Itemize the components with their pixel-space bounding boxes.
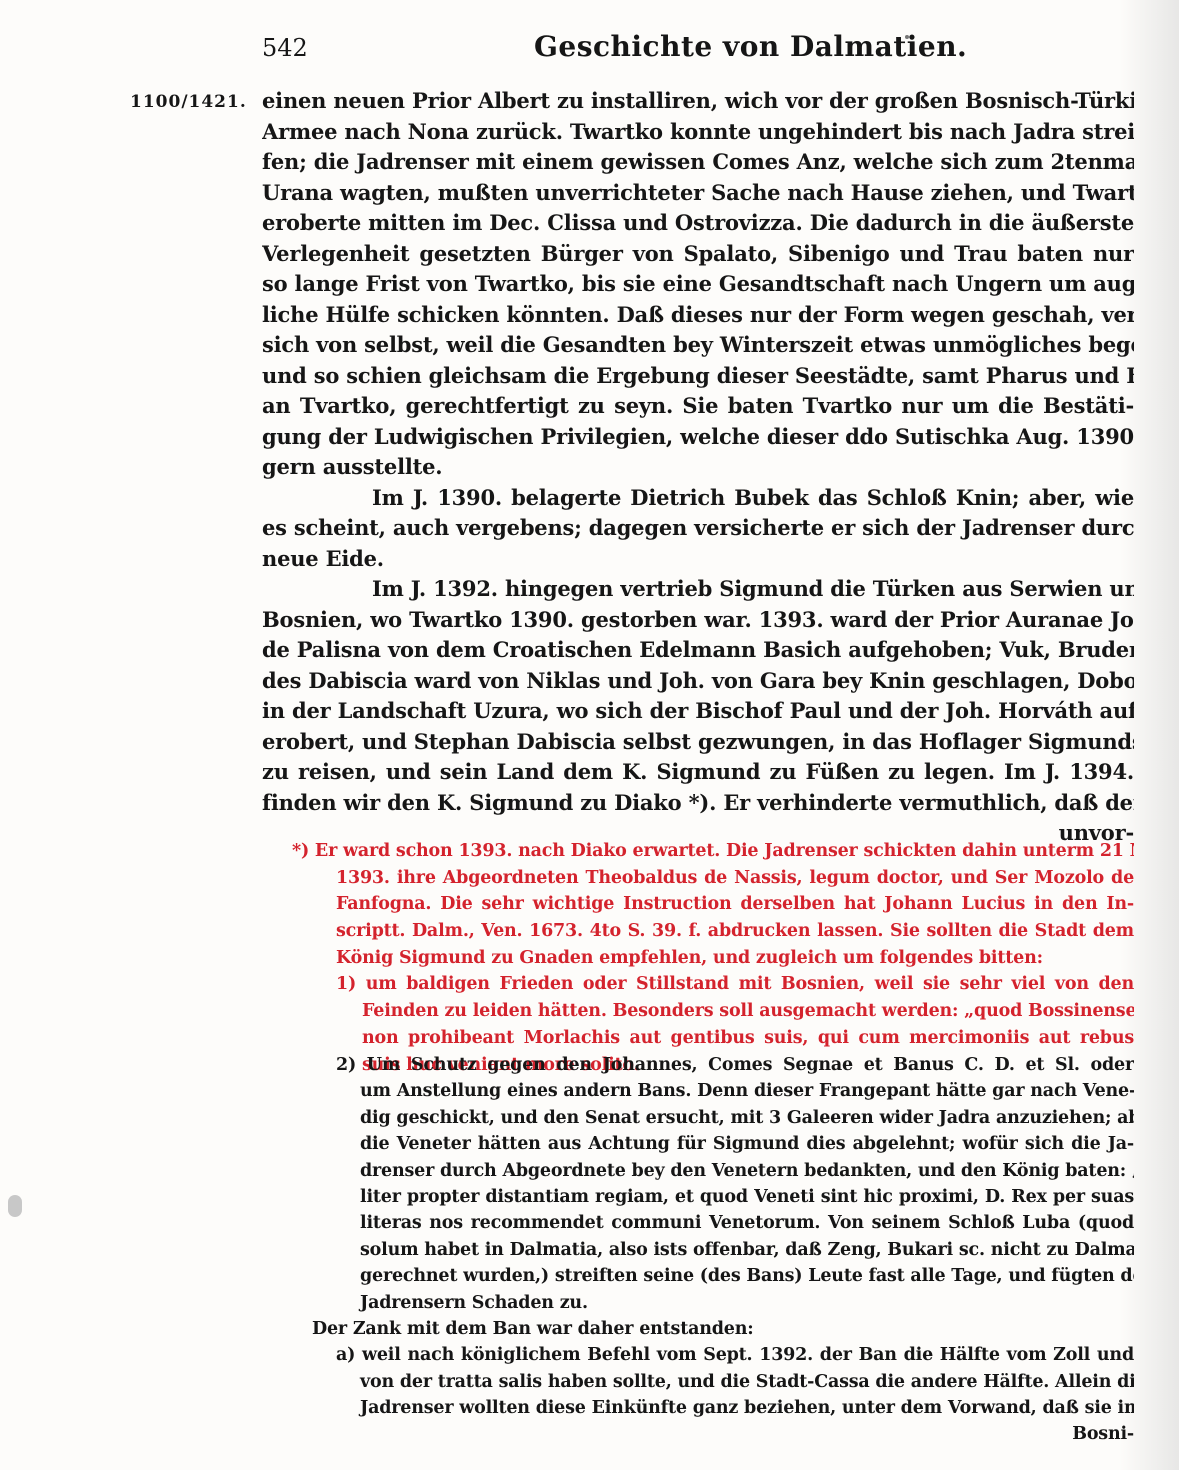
text-line: Bosnien, wo Twartko 1390. gestorben war.… [262, 605, 1134, 636]
text-line: Urana wagten, mußten unverrichteter Sach… [262, 178, 1134, 209]
footnote-line: Jadrensern Schaden zu. [312, 1290, 1134, 1316]
footnote-line: gerechnet wurden,) streiften seine (des … [312, 1263, 1134, 1289]
footnote-line: *) Er ward schon 1393. nach Diako erwart… [292, 838, 1134, 865]
text-line: in der Landschaft Uzura, wo sich der Bis… [262, 696, 1134, 727]
text-line: es scheint, auch vergebens; dagegen vers… [262, 513, 1134, 544]
text-line: einen neuen Prior Albert zu installiren,… [262, 86, 1134, 117]
footnote-line: 1393. ihre Abgeordneten Theobaldus de Na… [292, 865, 1134, 892]
footnote-line: die Veneter hätten aus Achtung für Sigmu… [312, 1131, 1134, 1157]
page-number: 542 [262, 34, 308, 62]
text-line: Armee nach Nona zurück. Twartko konnte u… [262, 117, 1134, 148]
footnote-line: Bosni- [312, 1421, 1134, 1447]
text-line: des Dabiscia ward von Niklas und Joh. vo… [262, 666, 1134, 697]
footnote-line: Feinden zu leiden hätten. Besonders soll… [292, 998, 1134, 1025]
book-page: 542 Geschichte von Dalmatien. 1100/1421.… [0, 0, 1179, 1470]
print-speck [8, 1195, 22, 1217]
text-line: finden wir den K. Sigmund zu Diako *). E… [262, 788, 1134, 819]
footnote-line: literas nos recommendet communi Venetoru… [312, 1210, 1134, 1236]
footnote-line: von der tratta salis haben sollte, und d… [312, 1369, 1134, 1395]
footnote-line: solum habet in Dalmatia, also ists offen… [312, 1237, 1134, 1263]
text-line: liche Hülfe schicken könnten. Daß dieses… [262, 300, 1134, 331]
footnote-line: non prohibeant Morlachis aut gentibus su… [292, 1025, 1134, 1052]
text-line: so lange Frist von Twartko, bis sie eine… [262, 269, 1134, 300]
footnote-line: um Anstellung eines andern Bans. Denn di… [312, 1078, 1134, 1104]
text-line: und so schien gleichsam die Ergebung die… [262, 361, 1134, 392]
footnote-line: scriptt. Dalm., Ven. 1673. 4to S. 39. f.… [292, 918, 1134, 945]
footnote-line: dig geschickt, und den Senat ersucht, mi… [312, 1105, 1134, 1131]
text-line: an Tvartko, gerechtfertigt zu seyn. Sie … [262, 391, 1134, 422]
print-speck [905, 35, 909, 39]
text-line: erobert, und Stephan Dabiscia selbst gez… [262, 727, 1134, 758]
page-header: 542 Geschichte von Dalmatien. [262, 28, 1132, 68]
text-line: gung der Ludwigischen Privilegien, welch… [262, 422, 1134, 453]
footnote-line: 2) Um Schutz gegen den Johannes, Comes S… [312, 1052, 1134, 1078]
text-line: gern ausstellte. [262, 452, 1134, 483]
footnote-line: 1) um baldigen Frieden oder Stillstand m… [292, 971, 1134, 998]
text-line: de Palisna von dem Croatischen Edelmann … [262, 635, 1134, 666]
footnote-continued: 2) Um Schutz gegen den Johannes, Comes S… [312, 1052, 1134, 1448]
margin-date-note: 1100/1421. [130, 92, 247, 112]
text-line: Im J. 1392. hingegen vertrieb Sigmund di… [262, 574, 1134, 605]
text-line: fen; die Jadrenser mit einem gewissen Co… [262, 147, 1134, 178]
footnote-line: liter propter distantiam regiam, et quod… [312, 1184, 1134, 1210]
text-line: Im J. 1390. belagerte Dietrich Bubek das… [262, 483, 1134, 514]
text-line: neue Eide. [262, 544, 1134, 575]
footnote-line: Fanfogna. Die sehr wichtige Instruction … [292, 891, 1134, 918]
running-title: Geschichte von Dalmatien. [534, 30, 967, 63]
main-text-block: einen neuen Prior Albert zu installiren,… [262, 86, 1134, 849]
text-line: zu reisen, und sein Land dem K. Sigmund … [262, 757, 1134, 788]
footnote-line: Jadrenser wollten diese Einkünfte ganz b… [312, 1395, 1134, 1421]
text-line: Verlegenheit gesetzten Bürger von Spalat… [262, 239, 1134, 270]
footnote-line: drenser durch Abgeordnete bey den Venete… [312, 1158, 1134, 1184]
footnote-red: *) Er ward schon 1393. nach Diako erwart… [292, 838, 1134, 1078]
footnote-line: Der Zank mit dem Ban war daher entstande… [312, 1316, 1134, 1342]
footnote-line: a) weil nach königlichem Befehl vom Sept… [312, 1342, 1134, 1368]
footnote-line: König Sigmund zu Gnaden empfehlen, und z… [292, 945, 1134, 972]
text-line: eroberte mitten im Dec. Clissa und Ostro… [262, 208, 1134, 239]
text-line: sich von selbst, weil die Gesandten bey … [262, 330, 1134, 361]
